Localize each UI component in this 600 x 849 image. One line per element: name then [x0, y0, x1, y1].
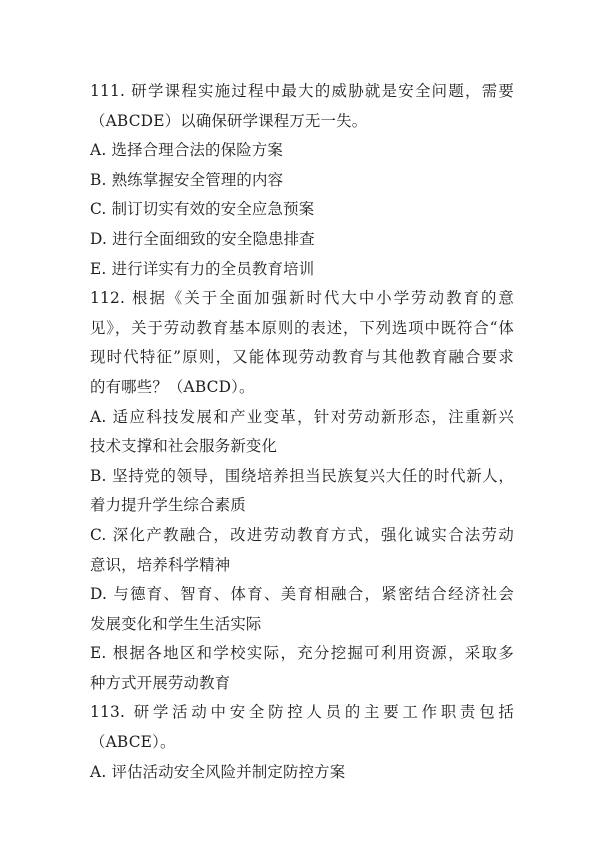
question-stem-line: 的有哪些？（ABCD）。	[90, 373, 514, 403]
option-a: A. 适应科技发展和产业变革，针对劳动新形态，注重新兴	[90, 403, 514, 433]
question-stem-line: 113. 研学活动中安全防控人员的主要工作职责包括	[90, 698, 514, 728]
option-d: D. 进行全面细致的安全隐患排查	[90, 225, 514, 255]
option-d-continued: 发展变化和学生生活实际	[90, 610, 514, 640]
question-113: 113. 研学活动中安全防控人员的主要工作职责包括 （ABCE）。 A. 评估活…	[90, 698, 514, 787]
option-e: E. 根据各地区和学校实际，充分挖掘可利用资源，采取多	[90, 639, 514, 669]
option-e-continued: 种方式开展劳动教育	[90, 669, 514, 699]
question-stem-line: （ABCDE）以确保研学课程万无一失。	[90, 107, 514, 137]
option-b: B. 坚持党的领导，围绕培养担当民族复兴大任的时代新人，	[90, 462, 514, 492]
option-e: E. 进行详实有力的全员教育培训	[90, 255, 514, 285]
option-c: C. 深化产教融合，改进劳动教育方式，强化诚实合法劳动	[90, 521, 514, 551]
question-stem-line: 111. 研学课程实施过程中最大的威胁就是安全问题，需要	[90, 77, 514, 107]
question-stem-line: 现时代特征”原则，又能体现劳动教育与其他教育融合要求	[90, 343, 514, 373]
document-page: 111. 研学课程实施过程中最大的威胁就是安全问题，需要 （ABCDE）以确保研…	[90, 77, 514, 787]
option-b-continued: 着力提升学生综合素质	[90, 491, 514, 521]
option-a-continued: 技术支撑和社会服务新变化	[90, 432, 514, 462]
question-stem-line: （ABCE）。	[90, 728, 514, 758]
option-a: A. 评估活动安全风险并制定防控方案	[90, 758, 514, 788]
option-b: B. 熟练掌握安全管理的内容	[90, 166, 514, 196]
option-c-continued: 意识，培养科学精神	[90, 551, 514, 581]
question-stem-line: 见》，关于劳动教育基本原则的表述，下列选项中既符合“体	[90, 314, 514, 344]
option-c: C. 制订切实有效的安全应急预案	[90, 195, 514, 225]
option-d: D. 与德育、智育、体育、美育相融合，紧密结合经济社会	[90, 580, 514, 610]
question-112: 112. 根据《关于全面加强新时代大中小学劳动教育的意 见》，关于劳动教育基本原…	[90, 284, 514, 698]
question-stem-line: 112. 根据《关于全面加强新时代大中小学劳动教育的意	[90, 284, 514, 314]
question-111: 111. 研学课程实施过程中最大的威胁就是安全问题，需要 （ABCDE）以确保研…	[90, 77, 514, 284]
option-a: A. 选择合理合法的保险方案	[90, 136, 514, 166]
